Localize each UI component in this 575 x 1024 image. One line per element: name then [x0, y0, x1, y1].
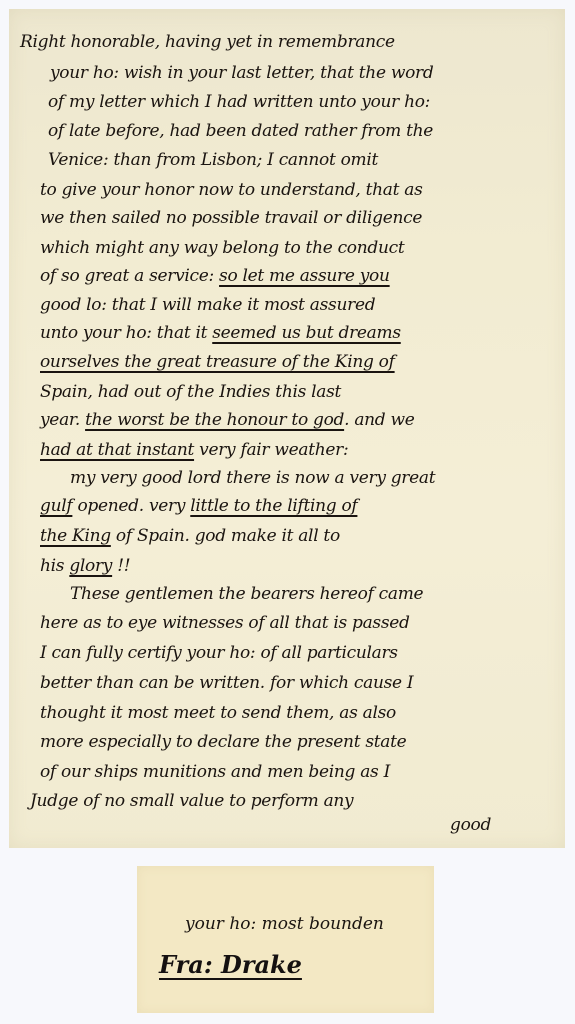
handwritten-line: more especially to declare the present s… [40, 732, 406, 752]
handwritten-line: your ho: wish in your last letter, that … [50, 63, 433, 83]
line-text: more especially to declare the present s… [40, 732, 406, 752]
line-text: Venice: than from Lisbon; I cannot omit [48, 150, 378, 170]
handwritten-line: good [450, 815, 491, 835]
handwritten-line: good lo: that I will make it most assure… [40, 295, 375, 315]
handwritten-line: his glory !! [40, 556, 130, 576]
handwritten-line: to give your honor now to understand, th… [40, 180, 423, 200]
underlined-text: so let me assure you [219, 266, 390, 286]
line-text: . and we [344, 410, 414, 430]
line-text: I can fully certify your ho: of all part… [40, 643, 398, 663]
letter-closing: your ho: most bounden [185, 914, 384, 934]
underlined-text: little to the lifting of [190, 496, 357, 516]
line-text: These gentlemen the bearers hereof came [70, 584, 423, 604]
line-text: of Spain. god make it all to [111, 526, 340, 546]
handwritten-line: Venice: than from Lisbon; I cannot omit [48, 150, 378, 170]
line-text: !! [112, 556, 130, 576]
line-text: good [450, 815, 491, 835]
handwritten-line: gulf opened. very little to the lifting … [40, 496, 357, 516]
handwritten-line: my very good lord there is now a very gr… [70, 468, 435, 488]
handwritten-line: the King of Spain. god make it all to [40, 526, 340, 546]
handwritten-line: of my letter which I had written unto yo… [48, 92, 430, 112]
handwritten-line: I can fully certify your ho: of all part… [40, 643, 398, 663]
line-text: Right honorable, having yet in remembran… [20, 32, 395, 52]
line-text: thought it most meet to send them, as al… [40, 703, 396, 723]
handwritten-line: ourselves the great treasure of the King… [40, 352, 395, 372]
signature-card: your ho: most bounden Fra: Drake [137, 866, 434, 1013]
line-text: good lo: that I will make it most assure… [40, 295, 375, 315]
handwritten-line: unto your ho: that it seemed us but drea… [40, 323, 401, 343]
handwritten-line: which might any way belong to the conduc… [40, 238, 404, 258]
line-text: year. [40, 410, 85, 430]
line-text: very fair weather: [194, 440, 348, 460]
handwritten-line: Spain, had out of the Indies this last [40, 382, 341, 402]
handwritten-line: of our ships munitions and men being as … [40, 762, 390, 782]
line-text: to give your honor now to understand, th… [40, 180, 423, 200]
handwritten-line: Judge of no small value to perform any [30, 791, 353, 811]
line-text: of so great a service: [40, 266, 219, 286]
handwritten-line: of late before, had been dated rather fr… [48, 121, 433, 141]
underlined-text: the worst be the honour to god [85, 410, 344, 430]
handwritten-line: thought it most meet to send them, as al… [40, 703, 396, 723]
line-text: which might any way belong to the conduc… [40, 238, 404, 258]
handwritten-line: Right honorable, having yet in remembran… [20, 32, 395, 52]
signature-fra-drake: Fra: Drake [159, 950, 302, 979]
underlined-text: the King [40, 526, 111, 546]
underlined-text: had at that instant [40, 440, 194, 460]
line-text: Judge of no small value to perform any [30, 791, 353, 811]
letter-page: Right honorable, having yet in remembran… [9, 9, 565, 848]
line-text: opened. very [72, 496, 190, 516]
line-text: your ho: wish in your last letter, that … [50, 63, 433, 83]
handwritten-line: we then sailed no possible travail or di… [40, 208, 422, 228]
handwritten-line: better than can be written. for which ca… [40, 673, 413, 693]
handwritten-line: These gentlemen the bearers hereof came [70, 584, 423, 604]
underlined-text: ourselves the great treasure of the King… [40, 352, 395, 372]
handwritten-line: here as to eye witnesses of all that is … [40, 613, 410, 633]
handwritten-line: had at that instant very fair weather: [40, 440, 348, 460]
line-text: of our ships munitions and men being as … [40, 762, 390, 782]
underlined-text: glory [69, 556, 112, 576]
line-text: better than can be written. for which ca… [40, 673, 413, 693]
handwritten-line: year. the worst be the honour to god. an… [40, 410, 415, 430]
underlined-text: seemed us but dreams [212, 323, 401, 343]
line-text: we then sailed no possible travail or di… [40, 208, 422, 228]
line-text: here as to eye witnesses of all that is … [40, 613, 410, 633]
line-text: my very good lord there is now a very gr… [70, 468, 435, 488]
underlined-text: gulf [40, 496, 72, 516]
line-text: Spain, had out of the Indies this last [40, 382, 341, 402]
line-text: of my letter which I had written unto yo… [48, 92, 430, 112]
line-text: his [40, 556, 69, 576]
handwritten-line: of so great a service: so let me assure … [40, 266, 390, 286]
line-text: of late before, had been dated rather fr… [48, 121, 433, 141]
line-text: unto your ho: that it [40, 323, 212, 343]
